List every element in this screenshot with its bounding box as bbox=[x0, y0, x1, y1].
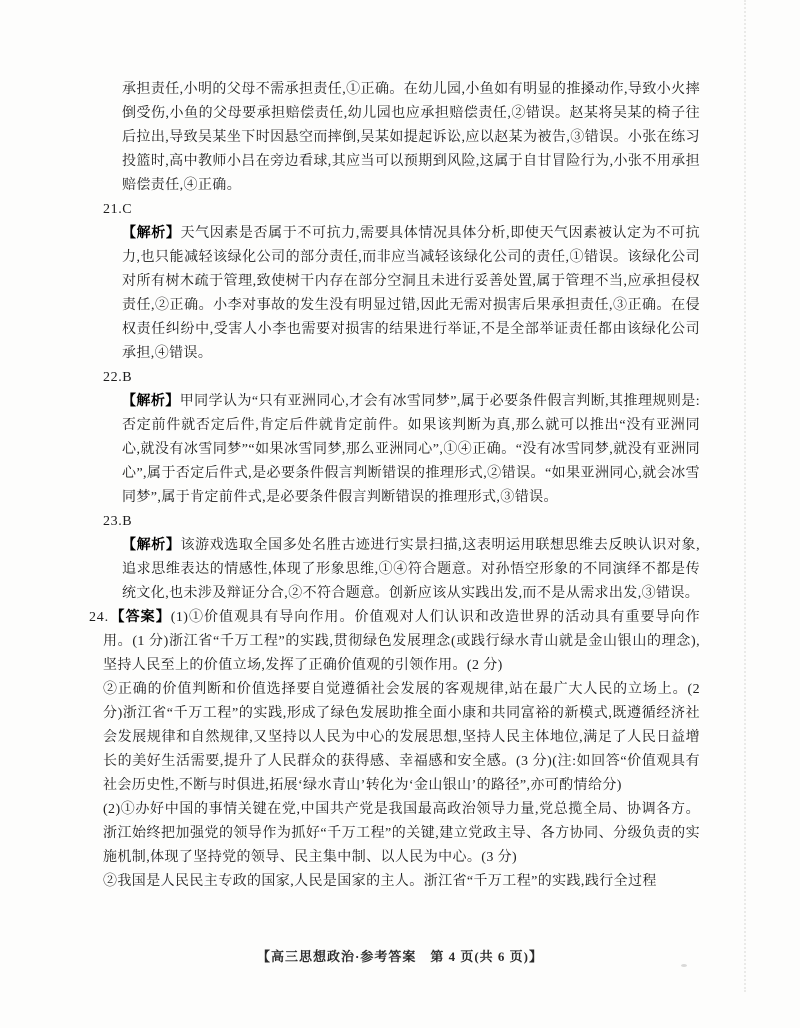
answer-line-22: 22.B bbox=[103, 366, 700, 390]
analysis-label-22: 【解析】 bbox=[122, 394, 180, 409]
page-footer: 【高三思想政治·参考答案 第 4 页(共 6 页)】 bbox=[0, 946, 800, 968]
answer-24-part2-2: ②我国是人民民主专政的国家,人民是国家的主人。浙江省“千万工程”的实践,践行全过… bbox=[103, 870, 700, 894]
scanned-answer-page: 承担责任,小明的父母不需承担责任,①正确。在幼儿园,小鱼如有明显的推搡动作,导致… bbox=[0, 0, 800, 1028]
perforation-dotted-line bbox=[744, 0, 746, 992]
analysis-label-23: 【解析】 bbox=[122, 538, 180, 553]
analysis-text-23: 该游戏选取全国多处名胜古迹进行实景扫描,这表明运用联想思维去反映认识对象,追求思… bbox=[122, 538, 700, 601]
analysis-paragraph-22: 【解析】甲同学认为“只有亚洲同心,才会有冰雪同梦”,属于必要条件假言判断,其推理… bbox=[122, 390, 700, 510]
analysis-label-21: 【解析】 bbox=[122, 226, 180, 241]
answer-24-part2-1: (2)①办好中国的事情关键在党,中国共产党是我国最高政治领导力量,党总揽全局、协… bbox=[103, 798, 700, 870]
analysis-text-22: 甲同学认为“只有亚洲同心,才会有冰雪同梦”,属于必要条件假言判断,其推理规则是:… bbox=[122, 394, 700, 505]
answer-sheet-content: 承担责任,小明的父母不需承担责任,①正确。在幼儿园,小鱼如有明显的推搡动作,导致… bbox=[100, 78, 700, 894]
question-24-number: 24. bbox=[89, 610, 109, 625]
continuation-paragraph: 承担责任,小明的父母不需承担责任,①正确。在幼儿园,小鱼如有明显的推搡动作,导致… bbox=[122, 78, 700, 198]
scan-artifact-smudge bbox=[681, 964, 687, 967]
answer-24-part1-1: 24.【答案】(1)①价值观具有导向作用。价值观对人们认识和改造世界的活动具有重… bbox=[103, 606, 700, 678]
analysis-text-21: 天气因素是否属于不可抗力,需要具体情况具体分析,即使天气因素被认定为不可抗力,也… bbox=[122, 226, 700, 361]
answer-line-23: 23.B bbox=[103, 510, 700, 534]
answer-label-24: 【答案】 bbox=[110, 610, 171, 625]
analysis-paragraph-21: 【解析】天气因素是否属于不可抗力,需要具体情况具体分析,即使天气因素被认定为不可… bbox=[122, 222, 700, 366]
answer-24-part1-1-text: (1)①价值观具有导向作用。价值观对人们认识和改造世界的活动具有重要导向作用。(… bbox=[103, 610, 700, 673]
answer-24-part1-2: ②正确的价值判断和价值选择要自觉遵循社会发展的客观规律,站在最广大人民的立场上。… bbox=[103, 678, 700, 798]
answer-line-21: 21.C bbox=[103, 198, 700, 222]
analysis-paragraph-23: 【解析】该游戏选取全国多处名胜古迹进行实景扫描,这表明运用联想思维去反映认识对象… bbox=[122, 534, 700, 606]
